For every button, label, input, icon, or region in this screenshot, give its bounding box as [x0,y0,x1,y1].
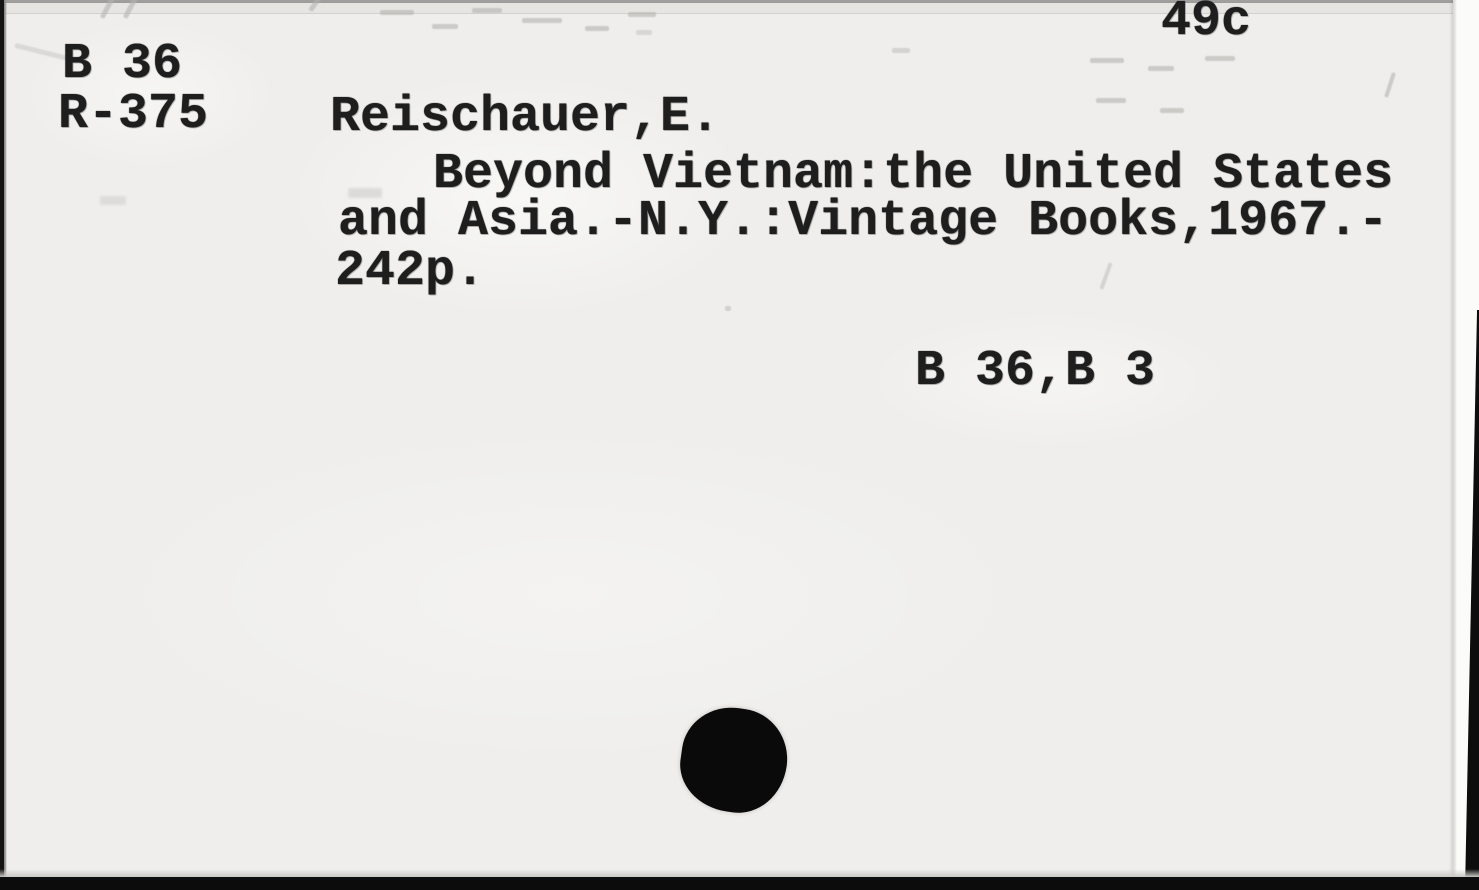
bleed-mark [892,48,910,53]
left-scan-edge [0,0,7,890]
corner-price-mark: 49c [1161,0,1251,47]
catalog-card-scan: 49c B 36 R-375 Reischauer,E. Beyond Viet… [0,0,1479,890]
top-scan-edge [0,0,1479,3]
entry-author: Reischauer,E. [330,93,720,143]
bleed-mark [636,30,652,35]
bleed-mark [1148,66,1174,71]
bleed-mark [585,26,609,31]
smudge-mark [100,196,126,205]
pencil-mark [1099,262,1112,290]
bleed-mark [1090,58,1124,63]
bottom-edge-shading [0,869,1479,877]
top-scan-band [0,2,1479,14]
pencil-mark [1384,72,1396,98]
entry-pagination: 242p. [335,247,485,297]
bleed-mark [1160,108,1184,113]
bleed-mark [472,8,502,13]
entry-imprint: and Asia.-N.Y.:Vintage Books,1967.- [338,197,1388,247]
bleed-mark [380,10,414,15]
punch-hole-dot [674,701,793,819]
bottom-scan-edge [0,877,1479,890]
paper-texture-patch [120,430,1020,760]
bleed-mark [1205,56,1235,61]
speck [725,306,731,311]
bleed-mark [1096,98,1126,103]
bleed-mark [432,24,458,29]
card-right-edge-shadow [1449,0,1457,890]
shelf-mark: B 36,B 3 [915,347,1155,397]
bleed-mark [628,12,656,17]
bleed-mark [522,18,562,23]
call-number-line-1: B 36 [62,40,182,90]
call-number-line-2: R-375 [58,90,208,140]
